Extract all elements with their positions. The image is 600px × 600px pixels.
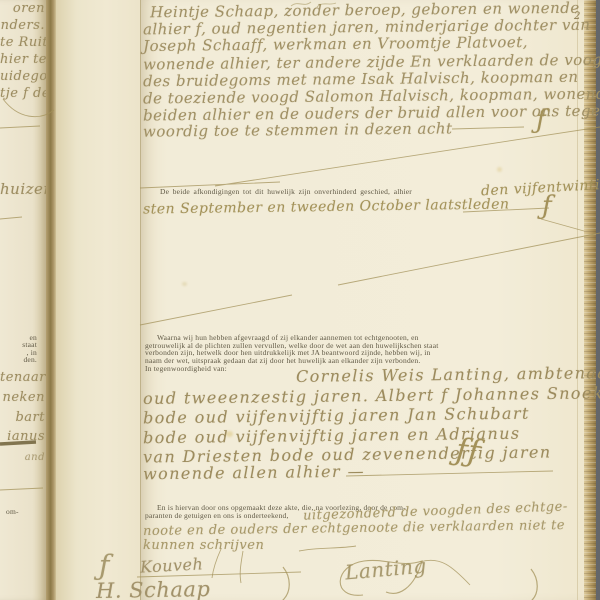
flourish-f-icon: ƒ — [542, 191, 552, 221]
left-print-fragment: om- — [6, 507, 19, 516]
left-fragment: huizen — [0, 180, 45, 198]
left-fragment: hier ter — [0, 52, 45, 67]
flourish-f-icon: ƒ — [536, 105, 546, 135]
signature-groom: Kouveh — [140, 554, 204, 576]
left-fragment: uidegoms — [0, 69, 45, 84]
facing-page-edge: oren nders. te Ruiter hier ter uidegoms … — [0, 0, 46, 600]
left-fragment: nders. — [0, 18, 45, 33]
signature-initial: ƒ — [99, 549, 110, 582]
witness-line: wonende allen alhier — — [143, 462, 365, 484]
left-fragment: tje f de — [0, 86, 45, 101]
left-print-fragment: den. — [0, 355, 37, 364]
left-fragment: bart — [0, 410, 45, 425]
left-fragment: oren — [0, 1, 45, 16]
witness-line: Cornelis Weis Lanting, ambtenaar — [296, 363, 600, 386]
left-fragment: and — [0, 452, 45, 463]
flourish-ff-icon: ƒƒ — [454, 432, 482, 470]
act-text-line: woordig toe te stemmen in dezen acht — [143, 119, 453, 140]
scanned-register-page: oren nders. te Ruiter hier ter uidegoms … — [0, 0, 600, 600]
binding-gutter — [46, 0, 56, 600]
age-spot — [182, 282, 187, 286]
left-fragment: neken — [0, 390, 45, 405]
closing-printed-line: paranten de getuigen en ons is onderteek… — [145, 511, 289, 520]
left-fragment: te Ruiter — [0, 35, 45, 50]
left-fragment: tenaar — [0, 370, 45, 385]
age-spot — [497, 167, 502, 172]
closing-script-line: kunnen schrijven — [143, 538, 264, 553]
left-fragment: ianus — [0, 429, 45, 444]
banns-printed-line: De beide afkondigingen tot dit huwelijk … — [160, 187, 412, 196]
gutter-paper — [56, 0, 140, 600]
vows-printed-line: In tegenwoordigheid van: — [145, 364, 227, 373]
signature-bride: H. Schaap — [96, 577, 211, 600]
